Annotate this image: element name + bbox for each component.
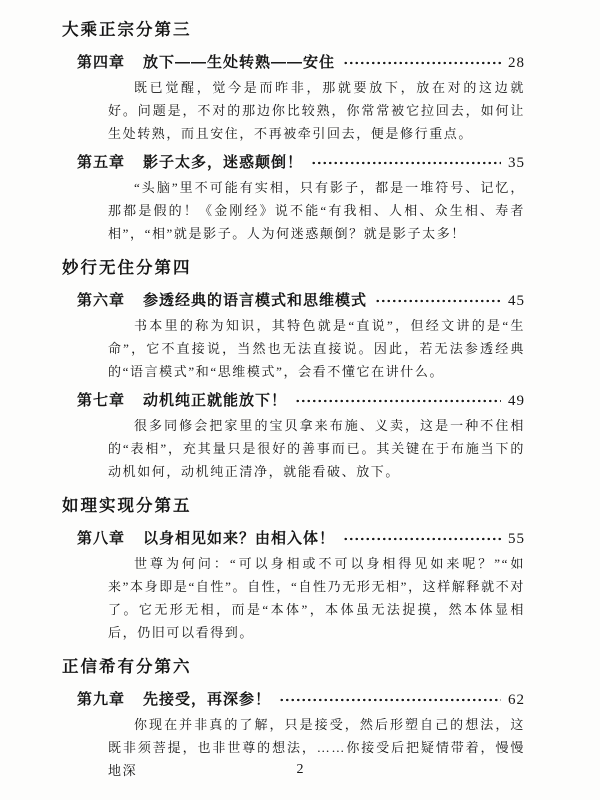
chapter-row: 第九章 先接受，再深参！ 62 <box>62 689 525 711</box>
dot-leader <box>343 533 501 545</box>
chapter-summary: 很多同修会把家里的宝贝拿来布施、义卖，这是一种不住相的“表相”，充其量只是很好的… <box>108 414 525 483</box>
section-heading: 如理实现分第五 <box>62 497 525 516</box>
page-number: 2 <box>0 762 600 778</box>
section-heading: 正信希有分第六 <box>62 658 525 677</box>
chapter-title: 放下——生处转熟——安住 <box>143 52 335 73</box>
chapter-label: 第四章 <box>77 52 125 73</box>
dot-leader <box>343 57 501 69</box>
chapter-row: 第八章 以身相见如来？由相入体！ 55 <box>62 528 525 550</box>
dot-leader <box>279 694 501 706</box>
chapter-page-ref: 62 <box>508 690 525 711</box>
chapter-title: 影子太多，迷惑颠倒！ <box>143 152 303 173</box>
toc-section: 妙行无住分第四 第六章 参透经典的语言模式和思维模式 45 书本里的称为知识，其… <box>62 259 525 483</box>
toc-entry: 第七章 动机纯正就能放下！ 49 很多同修会把家里的宝贝拿来布施、义卖，这是一种… <box>62 390 525 483</box>
toc-entry: 第八章 以身相见如来？由相入体！ 55 世尊为何问：“可以身相或不可以身相得见如… <box>62 528 525 644</box>
chapter-row: 第五章 影子太多，迷惑颠倒！ 35 <box>62 152 525 174</box>
chapter-title: 动机纯正就能放下！ <box>143 390 287 411</box>
chapter-page-ref: 55 <box>508 529 525 550</box>
chapter-summary: “头脑”里不可能有实相，只有影子，都是一堆符号、记忆，那都是假的！《金刚经》说不… <box>108 176 525 245</box>
chapter-summary: 书本里的称为知识，其特色就是“直说”，但经文讲的是“生命”，它不直接说，当然也无… <box>108 314 525 383</box>
toc-entry: 第五章 影子太多，迷惑颠倒！ 35 “头脑”里不可能有实相，只有影子，都是一堆符… <box>62 152 525 245</box>
chapter-row: 第七章 动机纯正就能放下！ 49 <box>62 390 525 412</box>
chapter-page-ref: 49 <box>508 391 525 412</box>
toc-entry: 第四章 放下——生处转熟——安住 28 既已觉醒，觉今是而昨非，那就要放下，放在… <box>62 52 525 145</box>
chapter-row: 第四章 放下——生处转熟——安住 28 <box>62 52 525 74</box>
dot-leader <box>311 157 501 169</box>
chapter-summary: 既已觉醒，觉今是而昨非，那就要放下，放在对的这边就好。问题是，不对的那边你比较熟… <box>108 76 525 145</box>
book-toc-page: 大乘正宗分第三 第四章 放下——生处转熟——安住 28 既已觉醒，觉今是而昨非，… <box>0 0 600 800</box>
toc-section: 如理实现分第五 第八章 以身相见如来？由相入体！ 55 世尊为何问：“可以身相或… <box>62 497 525 644</box>
chapter-label: 第六章 <box>77 290 125 311</box>
dot-leader <box>295 395 501 407</box>
chapter-label: 第八章 <box>77 528 125 549</box>
toc-entry: 第六章 参透经典的语言模式和思维模式 45 书本里的称为知识，其特色就是“直说”… <box>62 290 525 383</box>
chapter-label: 第五章 <box>77 152 125 173</box>
chapter-page-ref: 28 <box>508 53 525 74</box>
chapter-summary: 世尊为何问：“可以身相或不可以身相得见如来呢？”“如来”本身即是“自性”。自性，… <box>108 552 525 644</box>
chapter-label: 第七章 <box>77 390 125 411</box>
toc-section: 大乘正宗分第三 第四章 放下——生处转熟——安住 28 既已觉醒，觉今是而昨非，… <box>62 21 525 245</box>
chapter-title: 以身相见如来？由相入体！ <box>143 528 335 549</box>
section-heading: 妙行无住分第四 <box>62 259 525 278</box>
chapter-title: 先接受，再深参！ <box>143 689 271 710</box>
chapter-page-ref: 35 <box>508 153 525 174</box>
chapter-row: 第六章 参透经典的语言模式和思维模式 45 <box>62 290 525 312</box>
chapter-label: 第九章 <box>77 689 125 710</box>
chapter-title: 参透经典的语言模式和思维模式 <box>143 290 367 311</box>
section-heading: 大乘正宗分第三 <box>62 21 525 40</box>
dot-leader <box>375 295 501 307</box>
chapter-page-ref: 45 <box>508 291 525 312</box>
